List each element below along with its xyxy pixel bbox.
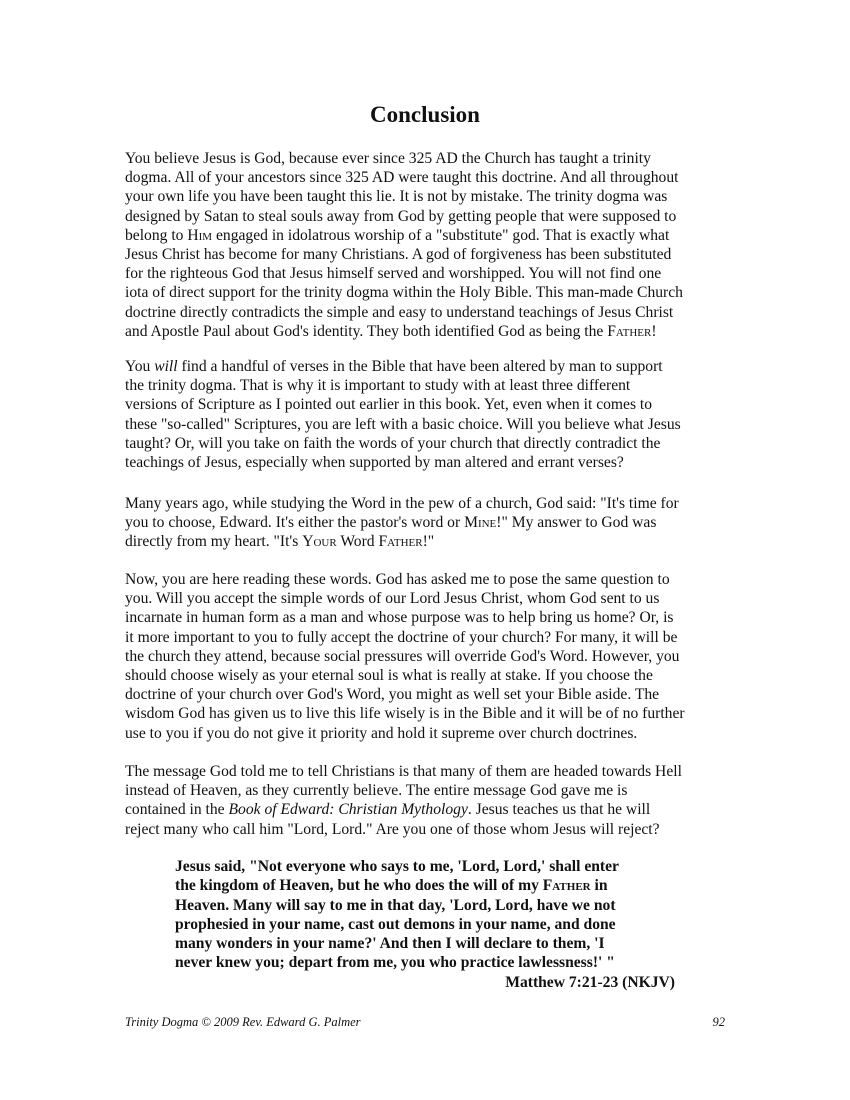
small-caps-text: Mine [464, 514, 496, 531]
paragraph-line: dogma. All of your ancestors since 325 A… [125, 168, 745, 187]
paragraph-line: directly from my heart. "It's Your Word … [125, 532, 745, 551]
paragraph-1: You believe Jesus is God, because ever s… [125, 149, 745, 341]
paragraph-line: Jesus Christ has become for many Christi… [125, 245, 745, 264]
paragraph-2: You will find a handful of verses in the… [125, 357, 745, 472]
paragraph-line: doctrine directly contradicts the simple… [125, 303, 745, 322]
paragraph-line: Now, you are here reading these words. G… [125, 570, 745, 589]
paragraph-line: use to you if you do not give it priorit… [125, 724, 745, 743]
small-caps-text: Father [607, 323, 651, 340]
italic-text: Book of Edward: Christian Mythology [229, 801, 468, 818]
small-caps-text: Him [187, 227, 212, 244]
paragraph-line: these "so-called" Scriptures, you are le… [125, 415, 745, 434]
paragraph-line: versions of Scripture as I pointed out e… [125, 395, 745, 414]
paragraph-line: and Apostle Paul about God's identity. T… [125, 322, 745, 341]
paragraph-3: Many years ago, while studying the Word … [125, 494, 745, 552]
paragraph-line: iota of direct support for the trinity d… [125, 283, 745, 302]
paragraph-line: You believe Jesus is God, because ever s… [125, 149, 745, 168]
paragraph-line: reject many who call him "Lord, Lord." A… [125, 820, 745, 839]
quote-body: Jesus said, "Not everyone who says to me… [175, 857, 695, 973]
paragraph-5: The message God told me to tell Christia… [125, 762, 745, 839]
paragraph-line: you. Will you accept the simple words of… [125, 589, 745, 608]
paragraph-line: should choose wisely as your eternal sou… [125, 666, 745, 685]
block-quote: Jesus said, "Not everyone who says to me… [175, 857, 695, 992]
paragraph-line: designed by Satan to steal souls away fr… [125, 207, 745, 226]
paragraph-line: for the righteous God that Jesus himself… [125, 264, 745, 283]
quote-line: Heaven. Many will say to me in that day,… [175, 896, 695, 915]
small-caps-text: Father [378, 533, 422, 550]
paragraph-line: the trinity dogma. That is why it is imp… [125, 376, 745, 395]
paragraph-line: it more important to you to fully accept… [125, 628, 745, 647]
quote-line: never knew you; depart from me, you who … [175, 953, 695, 972]
paragraph-line: instead of Heaven, as they currently bel… [125, 781, 745, 800]
quote-line: many wonders in your name?' And then I w… [175, 934, 695, 953]
paragraph-line: You will find a handful of verses in the… [125, 357, 745, 376]
paragraph-line: teachings of Jesus, especially when supp… [125, 453, 745, 472]
footer-copyright: Trinity Dogma © 2009 Rev. Edward G. Palm… [125, 1015, 361, 1029]
paragraph-line: you to choose, Edward. It's either the p… [125, 513, 745, 532]
quote-line: Jesus said, "Not everyone who says to me… [175, 857, 695, 876]
quote-line: prophesied in your name, cast out demons… [175, 915, 695, 934]
paragraph-4: Now, you are here reading these words. G… [125, 570, 745, 743]
paragraph-line: belong to Him engaged in idolatrous wors… [125, 226, 745, 245]
page-title: Conclusion [0, 100, 850, 130]
paragraph-line: contained in the Book of Edward: Christi… [125, 800, 745, 819]
page-number: 92 [713, 1015, 726, 1030]
paragraph-line: The message God told me to tell Christia… [125, 762, 745, 781]
quote-line: the kingdom of Heaven, but he who does t… [175, 876, 695, 895]
paragraph-line: the church they attend, because social p… [125, 647, 745, 666]
page-footer: Trinity Dogma © 2009 Rev. Edward G. Palm… [125, 1015, 725, 1030]
quote-citation: Matthew 7:21-23 (NKJV) [175, 973, 695, 992]
paragraph-line: Many years ago, while studying the Word … [125, 494, 745, 513]
small-caps-text: Father [543, 877, 591, 894]
paragraph-line: your own life you have been taught this … [125, 187, 745, 206]
italic-text: will [154, 358, 177, 375]
paragraph-line: incarnate in human form as a man and who… [125, 608, 745, 627]
small-caps-text: Your [302, 533, 337, 550]
paragraph-line: doctrine of your church over God's Word,… [125, 685, 745, 704]
paragraph-line: taught? Or, will you take on faith the w… [125, 434, 745, 453]
paragraph-line: wisdom God has given us to live this lif… [125, 704, 745, 723]
